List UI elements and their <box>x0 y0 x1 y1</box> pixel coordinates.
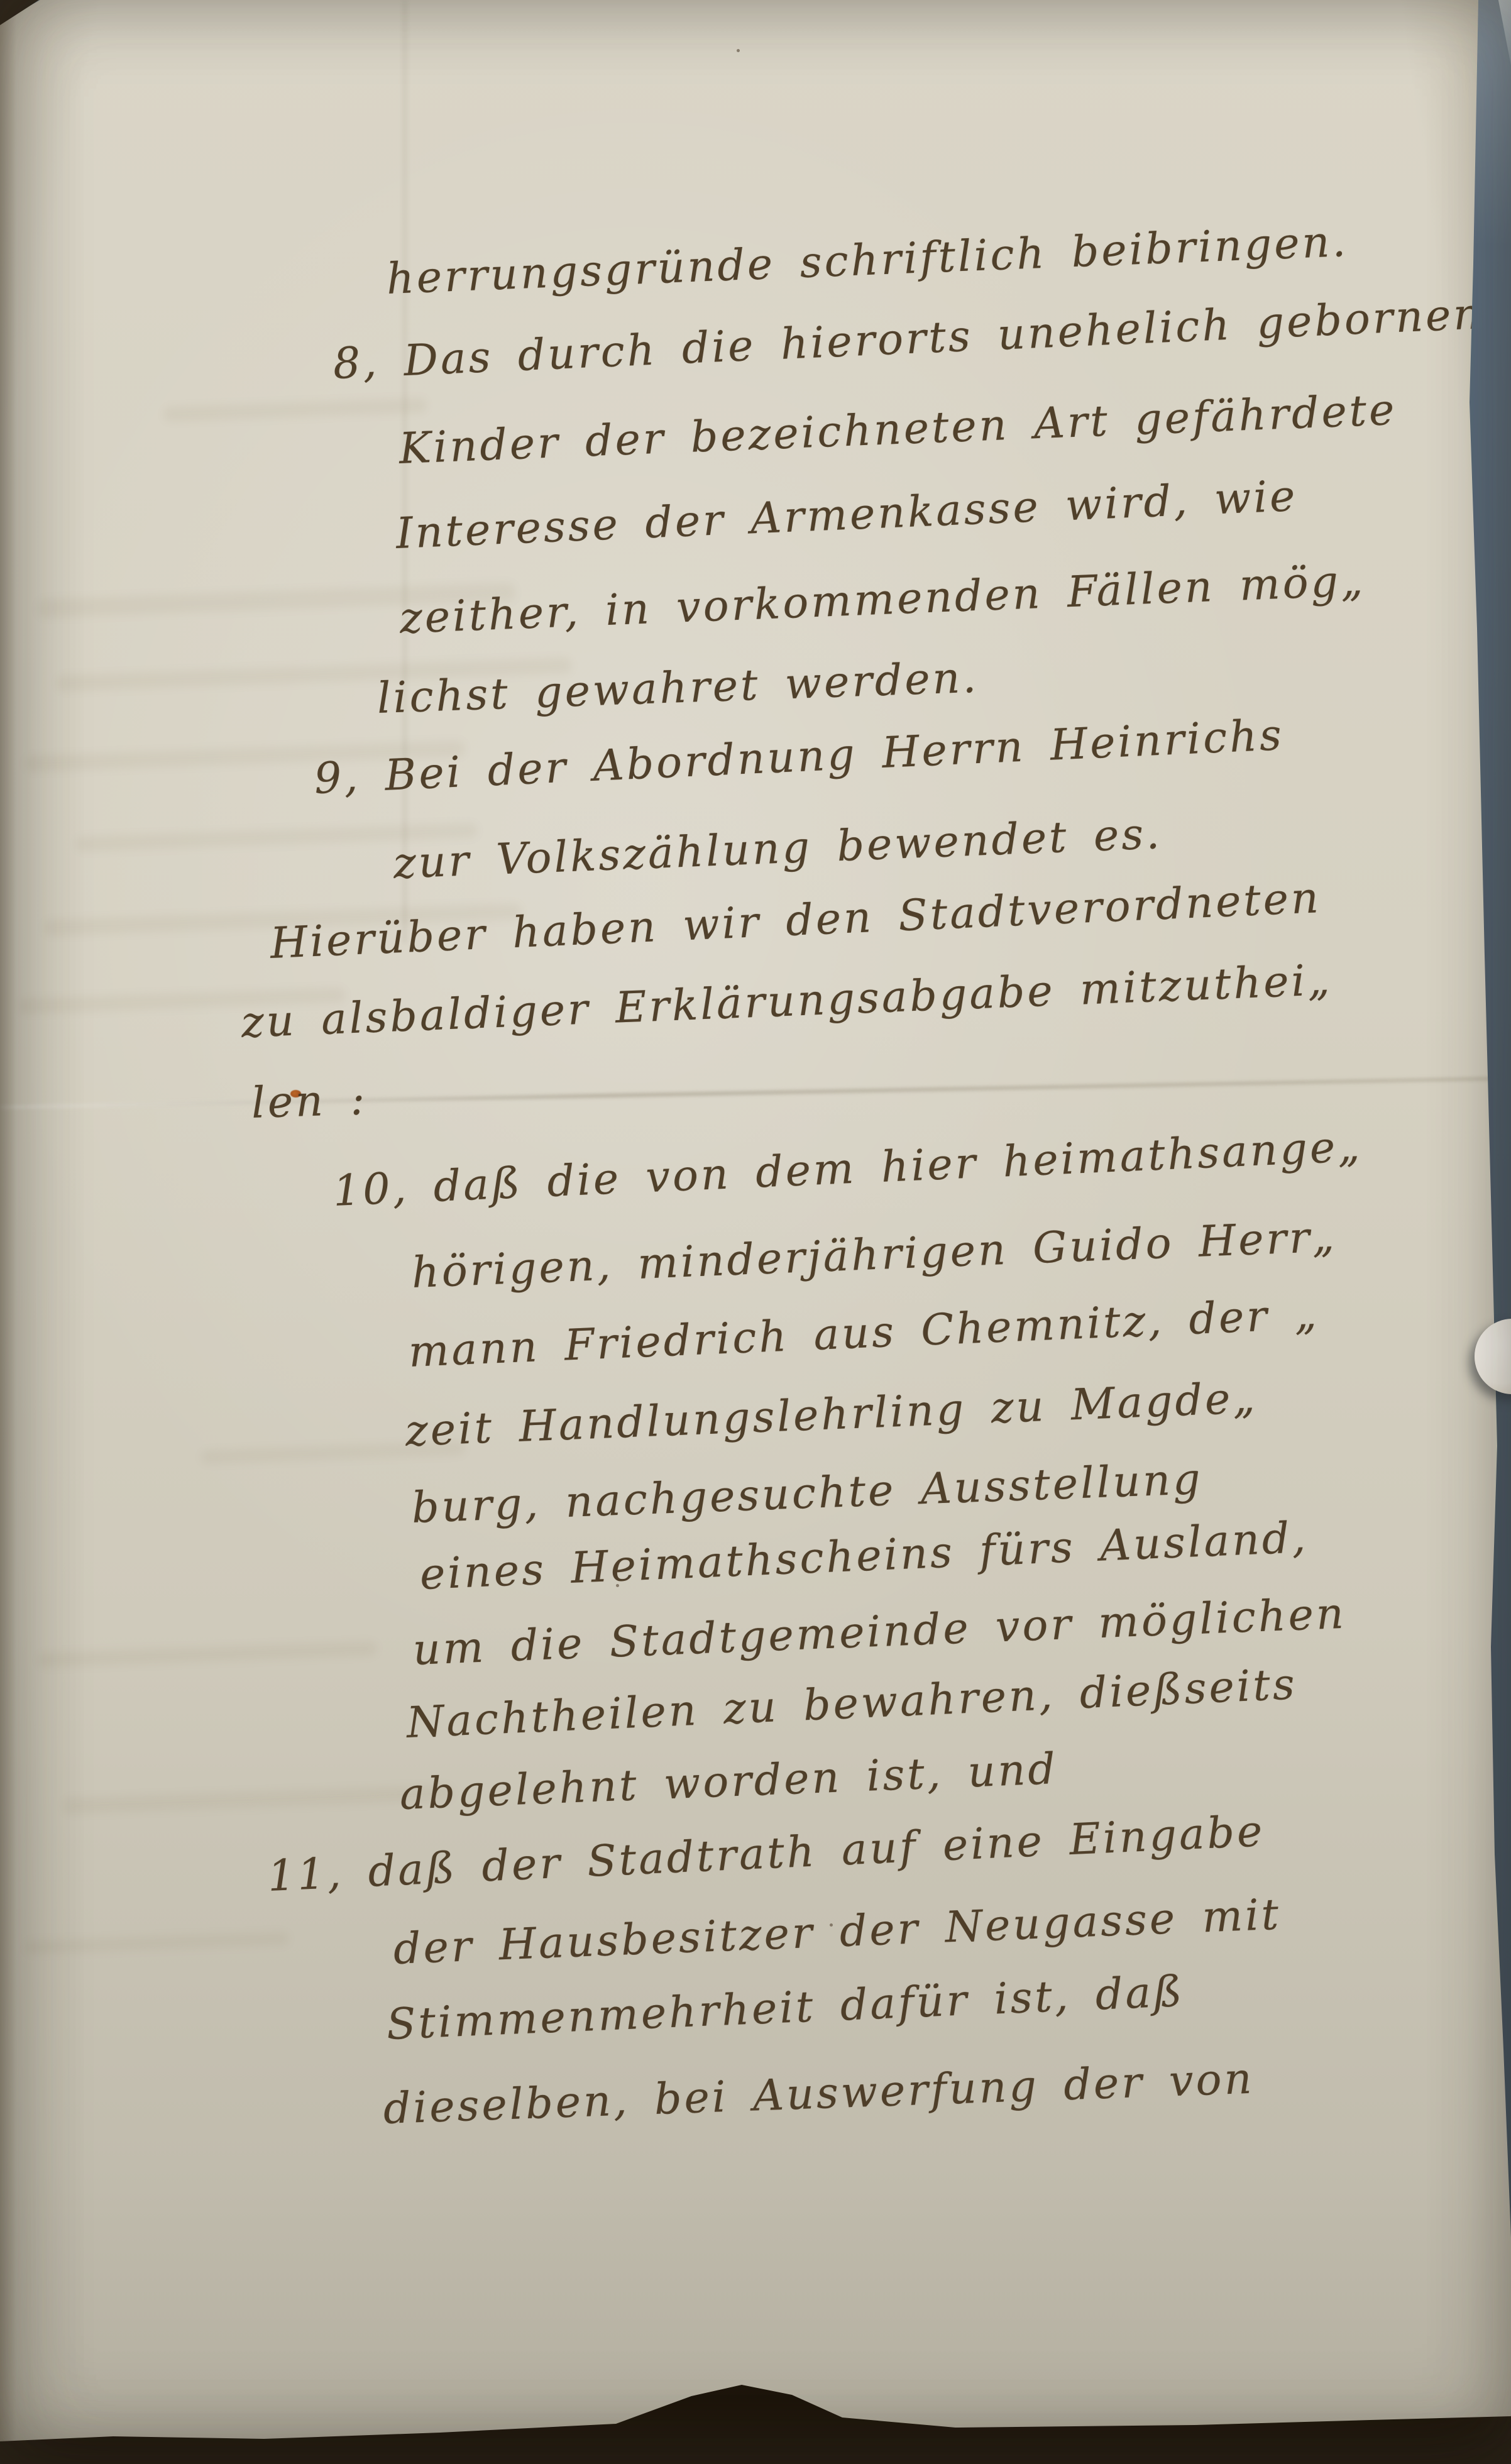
manuscript-line-16: burg, nachgesuchte Ausstellung <box>411 1455 1204 1533</box>
manuscript-line-20: abgelehnt worden ist, und <box>398 1744 1058 1820</box>
bleed-through-mark <box>38 1641 378 1668</box>
paper-speck <box>737 49 740 52</box>
manuscript-line-22: der Hausbesitzer der Neugasse mit <box>392 1890 1282 1974</box>
manuscript-line-3: Kinder der bezeichneten Art gefährdete <box>398 385 1397 474</box>
bleed-through-mark <box>163 398 428 422</box>
manuscript-line-7: 9, Bei der Abordnung Herrn Heinrichs <box>313 710 1285 804</box>
manuscript-line-14: mann Friedrich aus Chemnitz, der „ <box>407 1289 1320 1377</box>
manuscript-line-4: Interesse der Armenkasse wird, wie <box>395 471 1299 559</box>
manuscript-photo: herrungsgründe schriftlich beibringen. 8… <box>0 0 1511 2464</box>
manuscript-line-5: zeither, in vorkommenden Fällen mög„ <box>398 556 1366 644</box>
manuscript-line-24: dieselben, bei Auswerfung der von <box>383 2054 1255 2134</box>
manuscript-line-1: herrungsgründe schriftlich beibringen. <box>385 217 1349 304</box>
manuscript-line-18: um die Stadtgemeinde vor möglichen <box>412 1589 1347 1675</box>
bleed-through-mark <box>63 1785 453 1815</box>
horizontal-crease <box>0 1077 1511 1109</box>
manuscript-line-21: 11, daß der Stadtrath auf eine Eingabe <box>266 1807 1266 1901</box>
manuscript-line-8: zur Volkszählung bewendet es. <box>392 809 1163 889</box>
page-left-edge-shadow <box>0 0 16 2464</box>
manuscript-line-19: Nachtheilen zu bewahren, dießseits <box>405 1659 1298 1748</box>
manuscript-line-11: len : <box>251 1075 368 1128</box>
manuscript-page: herrungsgründe schriftlich beibringen. 8… <box>0 0 1511 2464</box>
manuscript-line-12: 10, daß die von dem hier heimathsange„ <box>332 1122 1363 1216</box>
manuscript-line-15: zeit Handlungslehrling zu Magde„ <box>404 1373 1258 1456</box>
bleed-through-mark <box>25 1932 290 1955</box>
manuscript-line-2: 8, Das durch die hierorts unehelich gebo… <box>332 289 1484 389</box>
manuscript-line-23: Stimmenmehrheit dafür ist, daß <box>385 1967 1185 2050</box>
manuscript-line-13: hörigen, minderjährigen Guido Herr„ <box>410 1212 1338 1298</box>
manuscript-line-10: zu alsbaldiger Erklärungsabgabe mitzuthe… <box>240 955 1332 1048</box>
